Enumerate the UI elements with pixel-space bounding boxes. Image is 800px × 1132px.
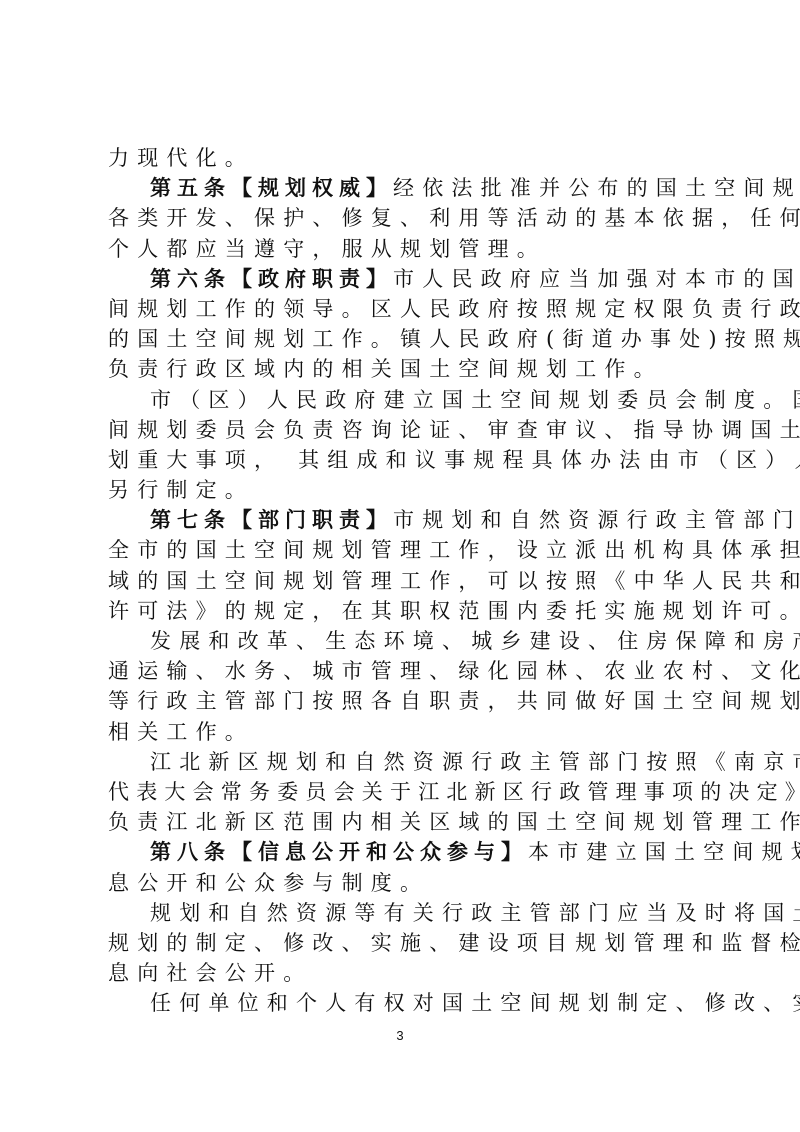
text-line: 各类开发、保护、修复、利用等活动的基本依据，任何单位和 [108,203,708,233]
line-text: 负责江北新区范围内相关区域的国土空间规划管理工作。 [108,810,800,834]
paragraph-start-line: 任何单位和个人有权对国土空间规划制定、修改、实施、 [108,988,708,1018]
text-line: 全市的国土空间规划管理工作，设立派出机构具体承担特定区 [108,535,708,565]
line-text: 域的国土空间规划管理工作，可以按照《中华人民共和国行政 [108,569,800,593]
line-text: 等行政主管部门按照各自职责，共同做好国土空间规划管理的 [108,689,800,713]
line-text: 市规划和自然资源行政主管部门负责 [393,508,800,532]
text-line: 息公开和公众参与制度。 [108,868,708,898]
page-number: 3 [0,1028,800,1043]
text-line: 通运输、水务、城市管理、绿化园林、农业农村、文化和旅游 [108,656,708,686]
line-text: 代表大会常务委员会关于江北新区行政管理事项的决定》规定， [108,780,800,804]
line-text: 各类开发、保护、修复、利用等活动的基本依据，任何单位和 [108,206,800,230]
article-7-heading-line: 第七条【部门职责】市规划和自然资源行政主管部门负责 [108,505,708,535]
line-text: 息向社会公开。 [108,961,312,985]
article-title: 第五条【规划权威】 [150,176,393,200]
line-text: 规划的制定、修改、实施、建设项目规划管理和监督检查等信 [108,931,800,955]
line-text: 相关工作。 [108,720,254,744]
text-line: 息向社会公开。 [108,958,708,988]
paragraph-start-line: 市（区）人民政府建立国土空间规划委员会制度。国土空 [108,385,708,415]
paragraph-start-line: 发展和改革、生态环境、城乡建设、住房保障和房产、交 [108,626,708,656]
line-text: 间规划工作的领导。区人民政府按照规定权限负责行政区域内 [108,297,800,321]
text-line: 间规划委员会负责咨询论证、审查审议、指导协调国土空间规 [108,415,708,445]
article-6-heading-line: 第六条【政府职责】市人民政府应当加强对本市的国土空 [108,264,708,294]
article-5-heading-line: 第五条【规划权威】经依法批准并公布的国土空间规划是 [108,173,708,203]
text-line: 另行制定。 [108,475,708,505]
article-title: 第八条【信息公开和公众参与】 [150,840,528,864]
line-text: 负责行政区域内的相关国土空间规划工作。 [108,357,663,381]
text-line: 间规划工作的领导。区人民政府按照规定权限负责行政区域内 [108,294,708,324]
text-line: 相关工作。 [108,717,708,747]
text-line: 力现代化。 [108,143,708,173]
line-text: 经依法批准并公布的国土空间规划是 [393,176,800,200]
document-body: 力现代化。 第五条【规划权威】经依法批准并公布的国土空间规划是 各类开发、保护、… [108,143,708,1018]
text-line: 等行政主管部门按照各自职责，共同做好国土空间规划管理的 [108,686,708,716]
text-line: 域的国土空间规划管理工作，可以按照《中华人民共和国行政 [108,566,708,596]
text-line: 规划的制定、修改、实施、建设项目规划管理和监督检查等信 [108,928,708,958]
line-text: 规划和自然资源等有关行政主管部门应当及时将国土空间 [150,901,800,925]
paragraph-start-line: 江北新区规划和自然资源行政主管部门按照《南京市人民 [108,747,708,777]
line-text: 个人都应当遵守，服从规划管理。 [108,237,546,261]
line-text: 通运输、水务、城市管理、绿化园林、农业农村、文化和旅游 [108,659,800,683]
paragraph-start-line: 规划和自然资源等有关行政主管部门应当及时将国土空间 [108,898,708,928]
text-line: 的国土空间规划工作。镇人民政府(街道办事处)按照规定权限 [108,324,708,354]
article-8-heading-line: 第八条【信息公开和公众参与】本市建立国土空间规划信 [108,837,708,867]
text-line: 负责江北新区范围内相关区域的国土空间规划管理工作。 [108,807,708,837]
line-text: 江北新区规划和自然资源行政主管部门按照《南京市人民 [150,750,800,774]
line-text: 另行制定。 [108,478,254,502]
text-line: 负责行政区域内的相关国土空间规划工作。 [108,354,708,384]
line-text: 力现代化。 [108,146,254,170]
article-title: 第七条【部门职责】 [150,508,393,532]
text-line: 许可法》的规定，在其职权范围内委托实施规划许可。 [108,596,708,626]
document-page: 力现代化。 第五条【规划权威】经依法批准并公布的国土空间规划是 各类开发、保护、… [0,0,800,1132]
line-text: 划重大事项， 其组成和议事规程具体办法由市（区）人民政府 [108,448,800,472]
line-text: 的国土空间规划工作。镇人民政府(街道办事处)按照规定权限 [108,327,800,351]
line-text: 市人民政府应当加强对本市的国土空 [393,267,800,291]
text-line: 代表大会常务委员会关于江北新区行政管理事项的决定》规定， [108,777,708,807]
line-text: 间规划委员会负责咨询论证、审查审议、指导协调国土空间规 [108,418,800,442]
line-text: 本市建立国土空间规划信 [528,840,800,864]
line-text: 许可法》的规定，在其职权范围内委托实施规划许可。 [108,599,800,623]
article-title: 第六条【政府职责】 [150,267,393,291]
line-text: 全市的国土空间规划管理工作，设立派出机构具体承担特定区 [108,538,800,562]
line-text: 任何单位和个人有权对国土空间规划制定、修改、实施、 [150,991,800,1015]
text-line: 划重大事项， 其组成和议事规程具体办法由市（区）人民政府 [108,445,708,475]
line-text: 息公开和公众参与制度。 [108,871,429,895]
line-text: 市（区）人民政府建立国土空间规划委员会制度。国土空 [150,388,800,412]
line-text: 发展和改革、生态环境、城乡建设、住房保障和房产、交 [150,629,800,653]
text-line: 个人都应当遵守，服从规划管理。 [108,234,708,264]
